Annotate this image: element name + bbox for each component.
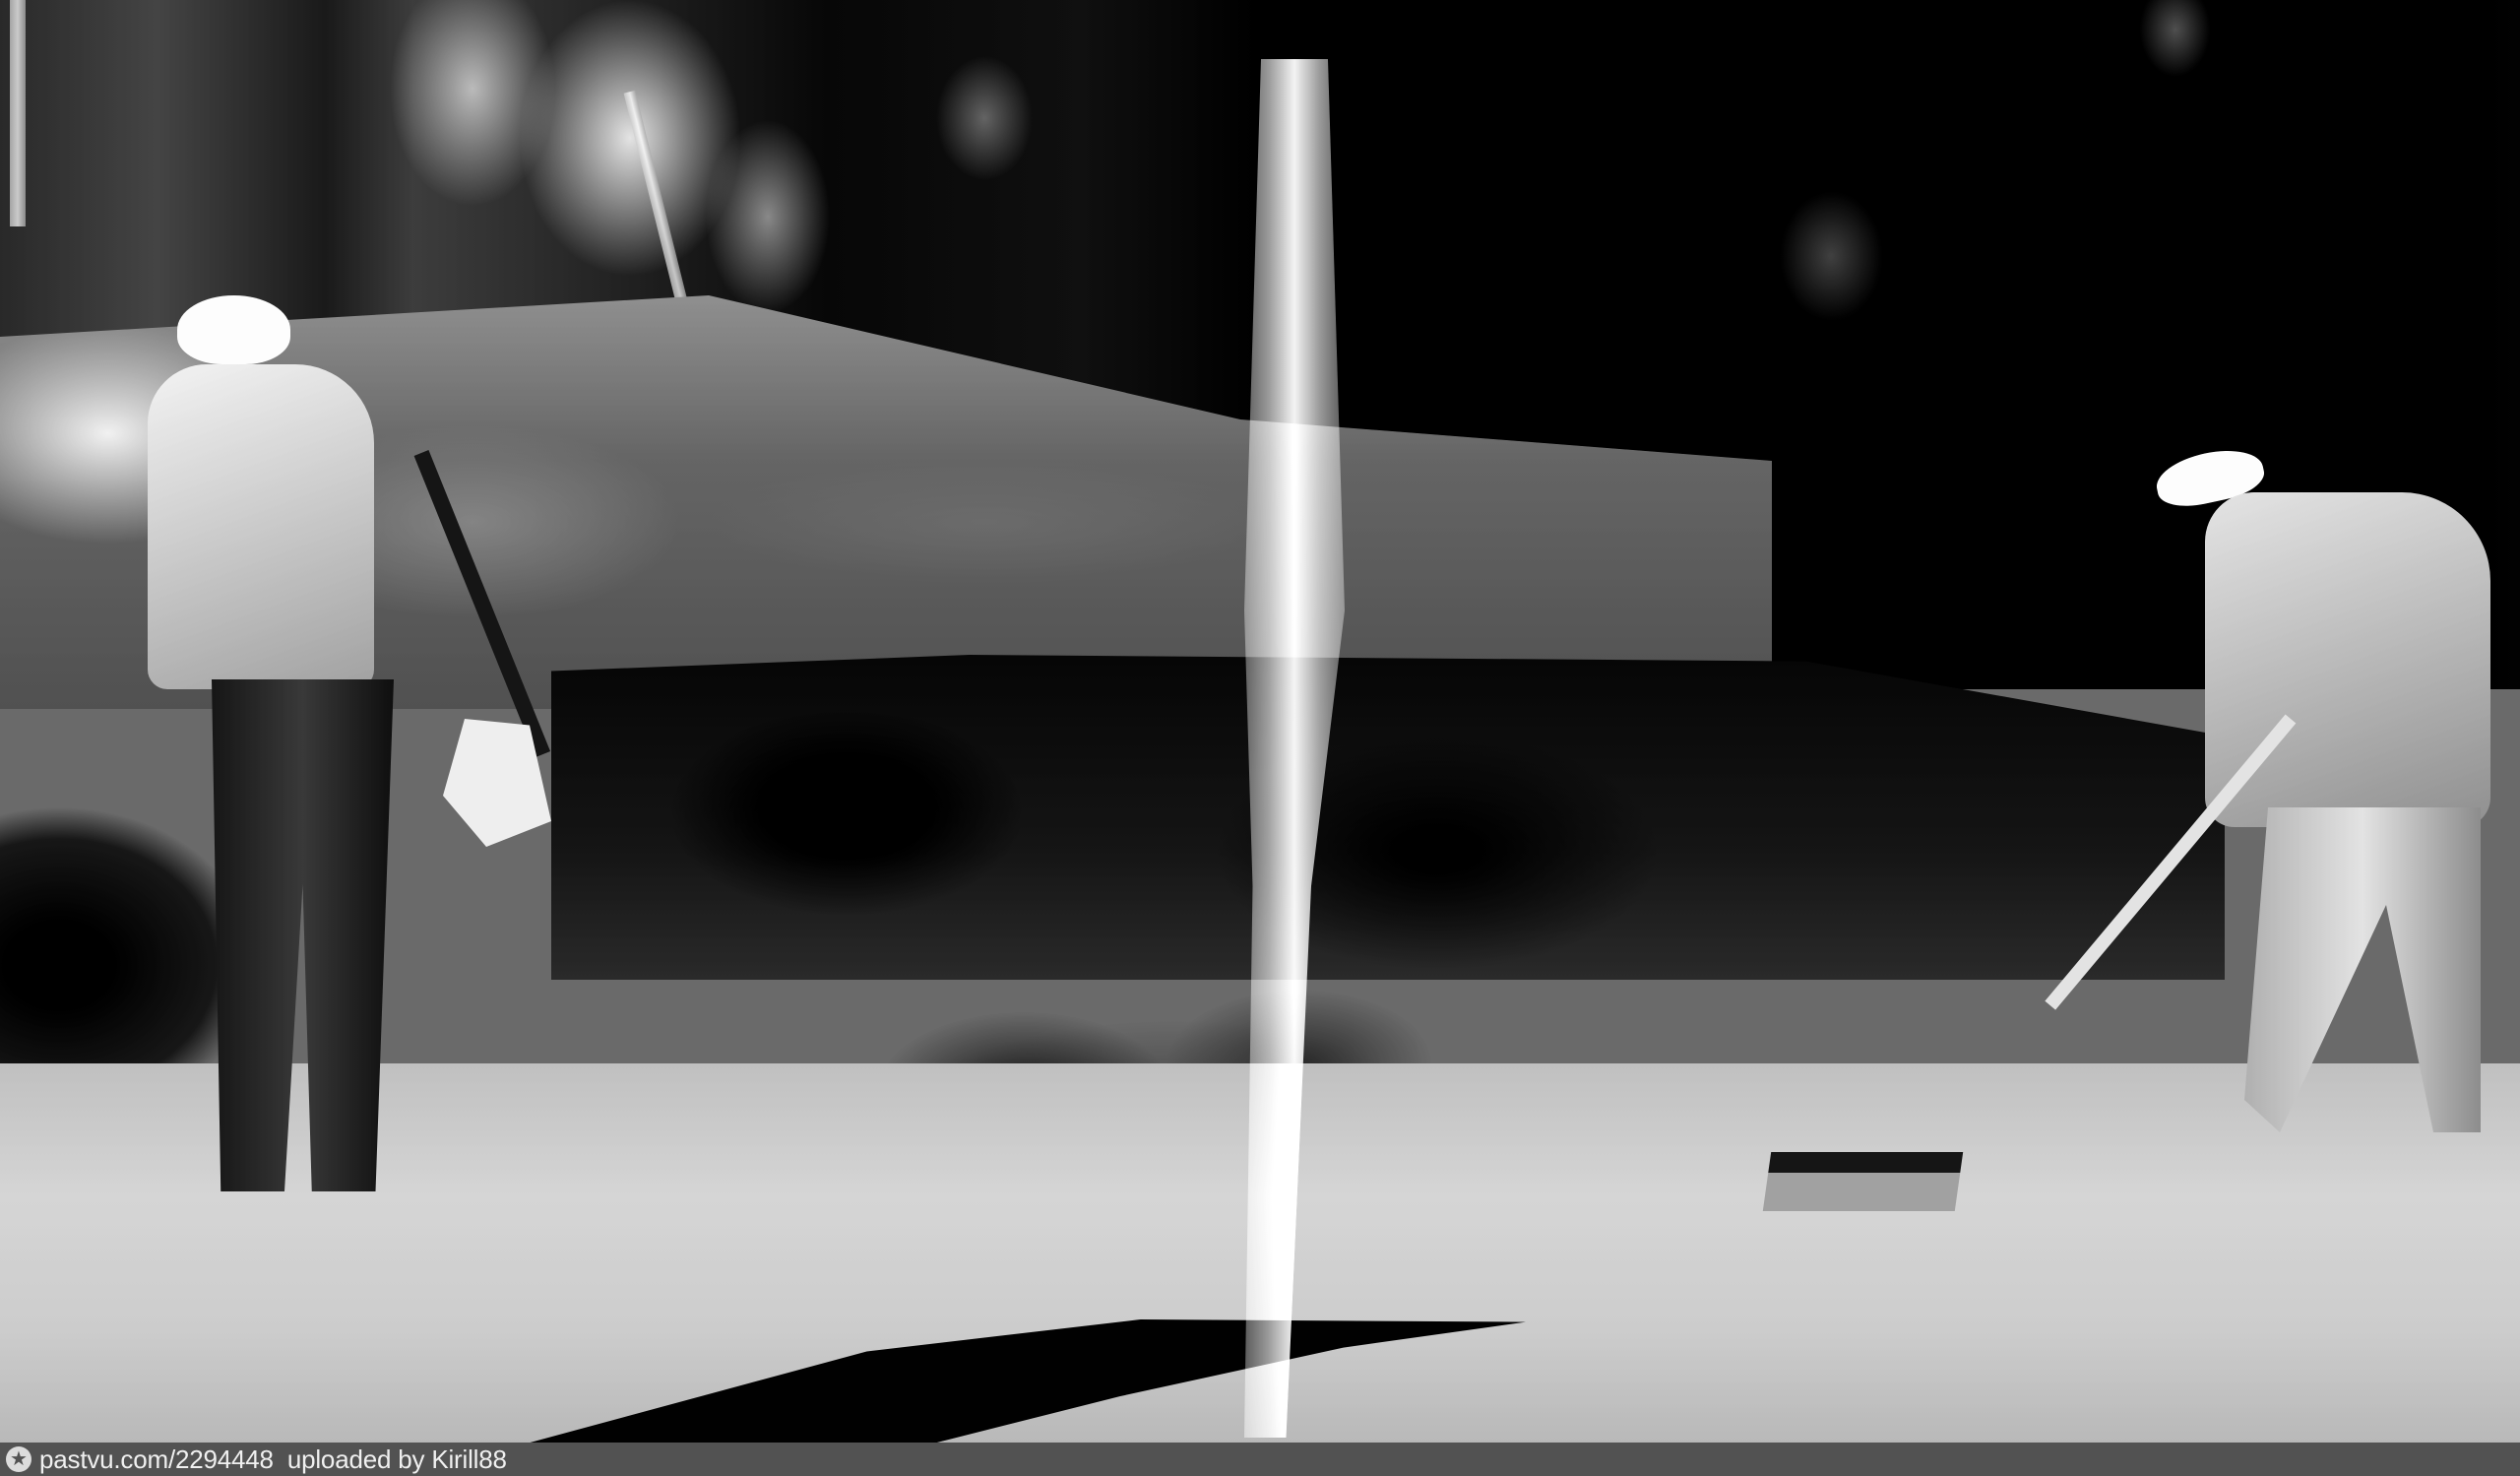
watermark-bar: ★ pastvu.com/2294448 uploaded by Kirill8… bbox=[0, 1443, 2520, 1476]
trousers bbox=[212, 679, 394, 1191]
dug-trench bbox=[551, 655, 2225, 980]
torso bbox=[148, 364, 374, 689]
watermark-text[interactable]: pastvu.com/2294448 uploaded by Kirill88 bbox=[39, 1444, 507, 1475]
star-icon: ★ bbox=[6, 1446, 31, 1472]
worker-right bbox=[2156, 453, 2520, 1142]
worker-left bbox=[148, 295, 482, 1201]
brick bbox=[1763, 1152, 1963, 1211]
cap bbox=[177, 295, 290, 364]
trousers bbox=[2244, 807, 2481, 1132]
photograph bbox=[0, 0, 2520, 1443]
tree-trunk bbox=[10, 0, 26, 226]
